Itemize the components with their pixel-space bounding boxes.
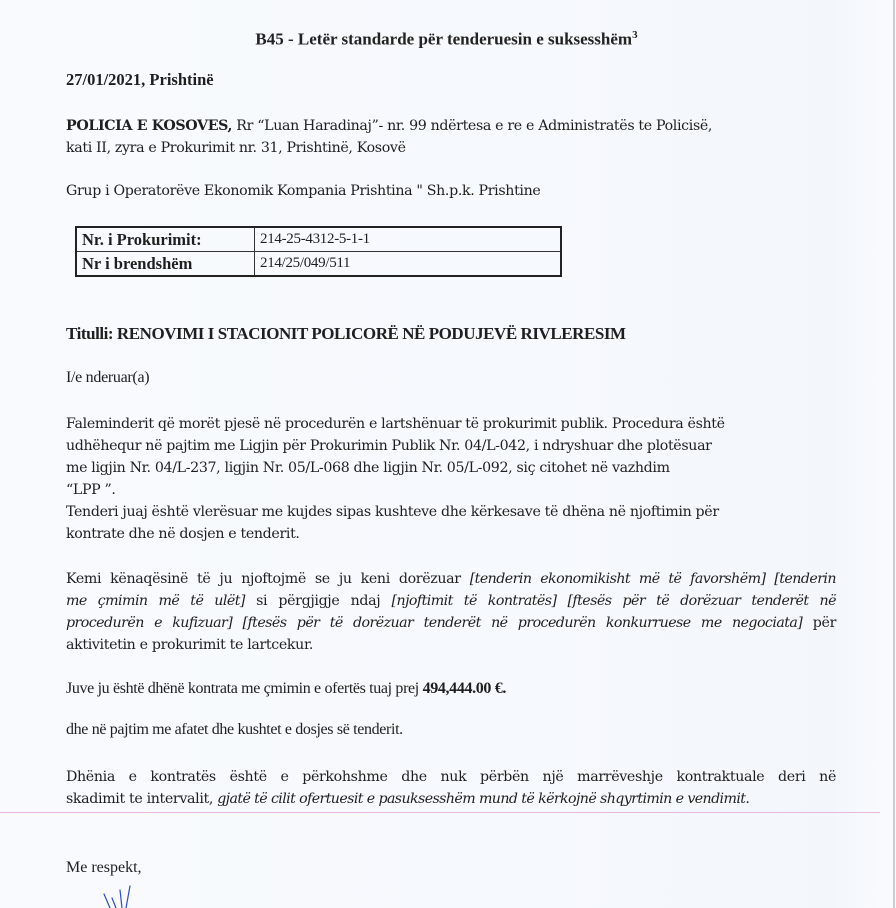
scan-rule-line: [0, 812, 880, 813]
paragraph-evaluation: Tenderi juaj është vlerësuar me kujdes s…: [66, 501, 836, 545]
text-plain: për: [802, 615, 836, 631]
document-title: B45 - Letër standarde për tenderuesin e …: [0, 29, 893, 50]
conditions-statement: dhe në pajtim me afatet dhe kushtet e do…: [66, 721, 403, 739]
recipient: Grup i Operatorëve Ekonomik Kompania Pri…: [66, 180, 540, 202]
text-plain: .: [745, 791, 749, 807]
text-italic: gjatë të cilit ofertuesit e pasuksesshëm…: [217, 791, 745, 807]
paragraph-line: aktivitetin e prokurimit te lartcekur.: [66, 634, 836, 656]
text-italic: [njoftimit të kontratës] [ftesës për të …: [392, 593, 836, 609]
procurement-number-label: Nr. i Prokurimit:: [76, 227, 255, 252]
authority-name: POLICIA E KOSOVES,: [66, 118, 232, 134]
text-plain: si përgjigje ndaj: [245, 593, 392, 609]
text-italic: [tenderin ekonomikisht më të favorshëm] …: [470, 571, 836, 587]
internal-number-value: 214/25/049/511: [255, 252, 562, 277]
table-row: Nr i brendshëm 214/25/049/511: [76, 252, 561, 277]
contracting-authority-line1: POLICIA E KOSOVES, Rr “Luan Haradinaj”- …: [66, 115, 712, 137]
paragraph-line: skadimit te intervalit, gjatë të cilit o…: [66, 788, 836, 810]
contracting-authority-line2: kati II, zyra e Prokurimit nr. 31, Prish…: [66, 137, 406, 159]
subject-title: Titulli: RENOVIMI I STACIONIT POLICORË N…: [66, 324, 626, 344]
paragraph-line: Kemi kënaqësinë të ju njoftojmë se ju ke…: [66, 568, 836, 590]
paragraph-line: procedurën e kufizuar] [ftesës për të do…: [66, 612, 836, 634]
paragraph-line: “LPP ”.: [66, 479, 836, 501]
text-plain: skadimit te intervalit,: [66, 791, 217, 807]
text-plain: Kemi kënaqësinë të ju njoftojmë se ju ke…: [66, 571, 470, 587]
salutation: I/e nderuar(a): [66, 369, 149, 387]
closing: Me respekt,: [66, 859, 142, 877]
table-row: Nr. i Prokurimit: 214-25-4312-5-1-1: [76, 227, 561, 252]
paragraph-line: Faleminderit që morët pjesë në procedurë…: [66, 413, 836, 435]
text-italic: procedurën e kufizuar] [ftesës për të do…: [66, 615, 802, 631]
award-text: Juve ju është dhënë kontrata me çmimin e…: [66, 680, 423, 697]
procurement-number-value: 214-25-4312-5-1-1: [255, 227, 562, 252]
award-statement: Juve ju është dhënë kontrata me çmimin e…: [66, 680, 506, 698]
paragraph-line: me ligjin Nr. 04/L-237, ligjin Nr. 05/L-…: [66, 457, 836, 479]
paragraph-line: kontrate dhe në dosjen e tenderit.: [66, 523, 836, 545]
paragraph-line: me çmimin më të ulët] si përgjigje ndaj …: [66, 590, 836, 612]
paragraph-line: Dhënia e kontratës është e përkohshme dh…: [66, 766, 836, 788]
paragraph-line: udhëhequr në pajtim me Ligjin për Prokur…: [66, 435, 836, 457]
reference-table: Nr. i Prokurimit: 214-25-4312-5-1-1 Nr i…: [75, 226, 562, 277]
authority-address: Rr “Luan Haradinaj”- nr. 99 ndërtesa e r…: [232, 118, 712, 134]
letter-page: B45 - Letër standarde për tenderuesin e …: [0, 0, 895, 908]
paragraph-line: Tenderi juaj është vlerësuar me kujdes s…: [66, 501, 836, 523]
signature-mark: [100, 884, 160, 908]
paragraph-notification: Kemi kënaqësinë të ju njoftojmë se ju ke…: [66, 568, 836, 656]
date-place: 27/01/2021, Prishtinë: [66, 70, 214, 90]
paragraph-thanks: Faleminderit që morët pjesë në procedurë…: [66, 413, 836, 501]
text-italic: me çmimin më të ulët]: [66, 593, 245, 609]
document-title-text: B45 - Letër standarde për tenderuesin e …: [255, 30, 632, 49]
paragraph-provisional: Dhënia e kontratës është e përkohshme dh…: [66, 766, 836, 810]
footnote-marker: 3: [632, 29, 638, 41]
award-amount: 494,444.00 €.: [423, 680, 506, 697]
internal-number-label: Nr i brendshëm: [76, 252, 255, 277]
